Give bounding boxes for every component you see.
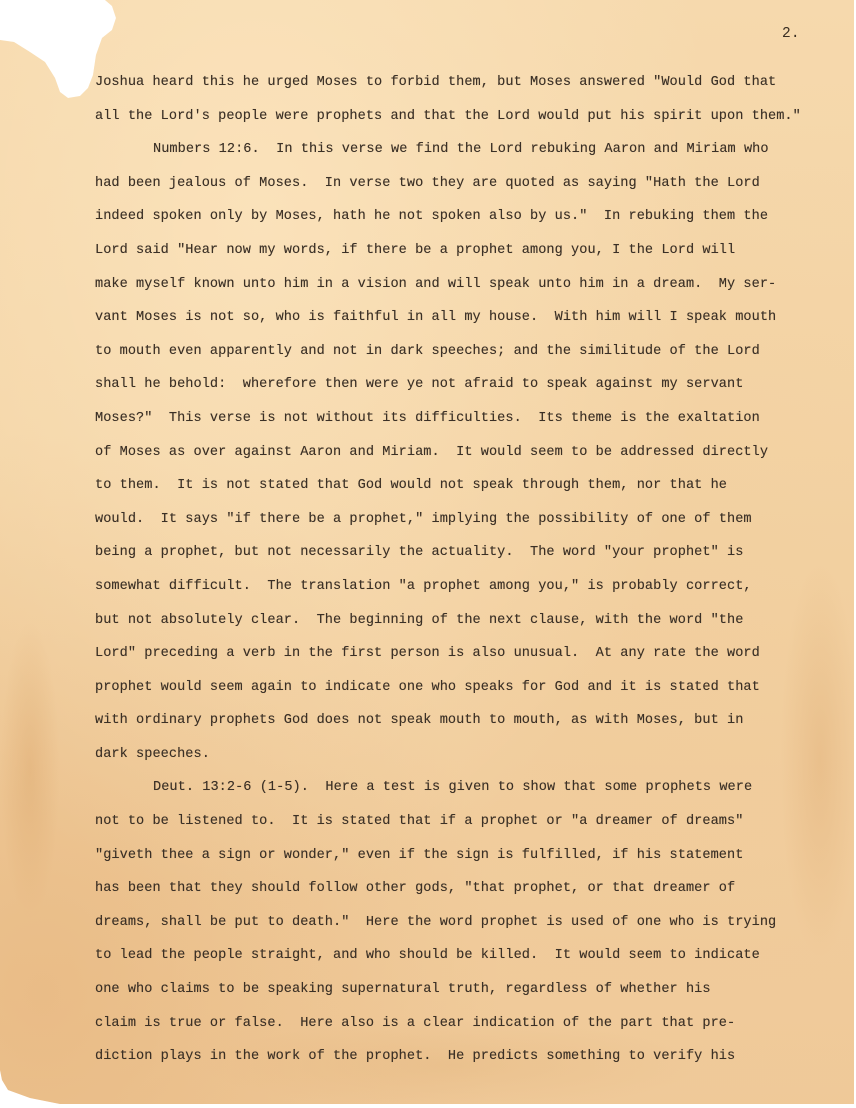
text-line: prophet would seem again to indicate one… [95,671,815,705]
text-line: Joshua heard this he urged Moses to forb… [95,66,815,100]
text-line: being a prophet, but not necessarily the… [95,536,815,570]
text-line: with ordinary prophets God does not spea… [95,704,815,738]
text-line: make myself known unto him in a vision a… [95,268,815,302]
text-line: Moses?" This verse is not without its di… [95,402,815,436]
manuscript-page: 2. Joshua heard this he urged Moses to f… [0,0,854,1104]
text-line: "giveth thee a sign or wonder," even if … [95,839,815,873]
text-line: Lord said "Hear now my words, if there b… [95,234,815,268]
text-line: but not absolutely clear. The beginning … [95,604,815,638]
text-line: one who claims to be speaking supernatur… [95,973,815,1007]
text-line: diction plays in the work of the prophet… [95,1040,815,1074]
text-line: somewhat difficult. The translation "a p… [95,570,815,604]
paragraph-start-line: Deut. 13:2-6 (1-5). Here a test is given… [95,771,815,805]
text-line: to lead the people straight, and who sho… [95,939,815,973]
text-line: not to be listened to. It is stated that… [95,805,815,839]
text-line: all the Lord's people were prophets and … [95,100,815,134]
text-line: Lord" preceding a verb in the first pers… [95,637,815,671]
text-line: claim is true or false. Here also is a c… [95,1007,815,1041]
text-line: had been jealous of Moses. In verse two … [95,167,815,201]
text-line: to them. It is not stated that God would… [95,469,815,503]
text-line: of Moses as over against Aaron and Miria… [95,436,815,470]
paragraph-start-line: Numbers 12:6. In this verse we find the … [95,133,815,167]
text-line: would. It says "if there be a prophet," … [95,503,815,537]
text-line: has been that they should follow other g… [95,872,815,906]
typewritten-body: Joshua heard this he urged Moses to forb… [95,66,815,1074]
text-line: vant Moses is not so, who is faithful in… [95,301,815,335]
text-line: indeed spoken only by Moses, hath he not… [95,200,815,234]
paper-stain [0,620,60,920]
text-line: shall he behold: wherefore then were ye … [95,368,815,402]
text-line: to mouth even apparently and not in dark… [95,335,815,369]
text-line: dark speeches. [95,738,815,772]
text-line: dreams, shall be put to death." Here the… [95,906,815,940]
page-number: 2. [782,26,800,42]
